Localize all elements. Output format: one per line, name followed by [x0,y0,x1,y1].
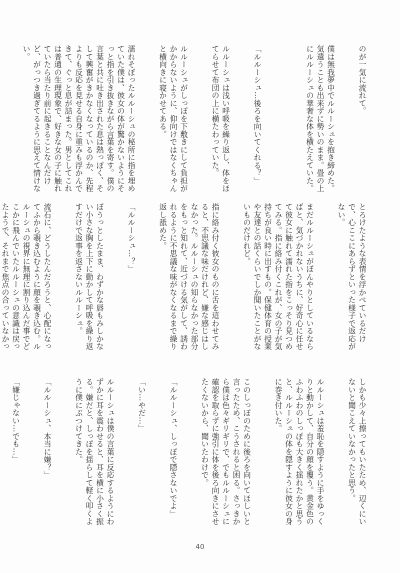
text-line: のが一気に流れて。 [357,45,368,195]
text-line: 流石に、どうしたんだろうと、心配になってふから覗き込むように顔を覗き込む。ルルー… [0,203,52,353]
text-line: とろけたような表情を浮かべているだけで、心ここにあらずといった様子で返応がない。 [336,203,368,353]
book-page: のが一気に流れて。 僕は無我夢中でルルーシュを抱き締めた。気遣うことも出来ずに勢… [0,0,400,573]
text-line: 「ルルーシュ、本当に嫌？」 [42,378,53,528]
text-line: 「嫌じゃない…でも…」 [10,378,21,528]
text-line: ルルーシュは僕の言葉に反応するようにわずかに耳を震わせると、耳を横に小さく振る。… [73,378,115,528]
text-line: 濡れそぼったルルーシュの秘所に指を埋めていた僕は、彼女の体が驚かないようにそっと… [21,45,137,195]
text-line: 指に絡み付く彼女のものに舌を這わせてみると、不思議な味だけれど、嫌な感じはしなか… [157,203,220,353]
text-line: 「い…やだ…」 [136,378,147,528]
text-tier-middle: とろけたような表情を浮かべているだけで、心ここにあらずといった様子で返応がない。… [13,203,388,353]
text-line: ルルーシュは羞恥を隠すように手をゆっくりと動かして、自分の顔を覆う。黄金色のふわ… [273,378,326,528]
text-line: 僕は無我夢中でルルーシュを抱き締めた。気遣うことも出来ずに勢いのまま。畳の上にル… [304,45,336,195]
text-tier-lower: しかも少々上擦ってもいたため、辺くにいないと聞こえていなかったと思う。 ルルーシ… [13,378,388,528]
text-line: しかも少々上擦ってもいたため、辺くにいないと聞こえていなかったと思う。 [346,378,367,528]
text-line: 「ルルーシュ…後ろを向いてくれる？」 [252,45,263,195]
text-line: 「ルルーシュ、しっぽで隠さないでよ」 [168,378,179,528]
text-line: ルルーシュは浅い呼吸を繰り返し、体をほてらせて布団の上に横たわっていた。 [210,45,231,195]
text-line: ぼうっとしたまま、わずかな唇もみしかない小さな胸を上下に動かして呼吸を繰り返すだ… [73,203,105,353]
text-tier-upper: のが一気に流れて。 僕は無我夢中でルルーシュを抱き締めた。気遣うことも出来ずに勢… [13,45,388,195]
text-line: ルルーシュがしっぽを下敷きにして負担がかからないように、仰向けではなくちゃんと横… [157,45,189,195]
text-line: まだルルーシュがぼんやりとしているならばと、気づかれないうちに、好奇心に任せて彼… [241,203,315,353]
page-number: 40 [0,543,400,551]
text-line: 「ルルーシュ…？」 [126,203,137,353]
text-line: このしっぽのために後ろを向いてほしいと言ったため、こうされると困る。さっきから僕… [199,378,252,528]
